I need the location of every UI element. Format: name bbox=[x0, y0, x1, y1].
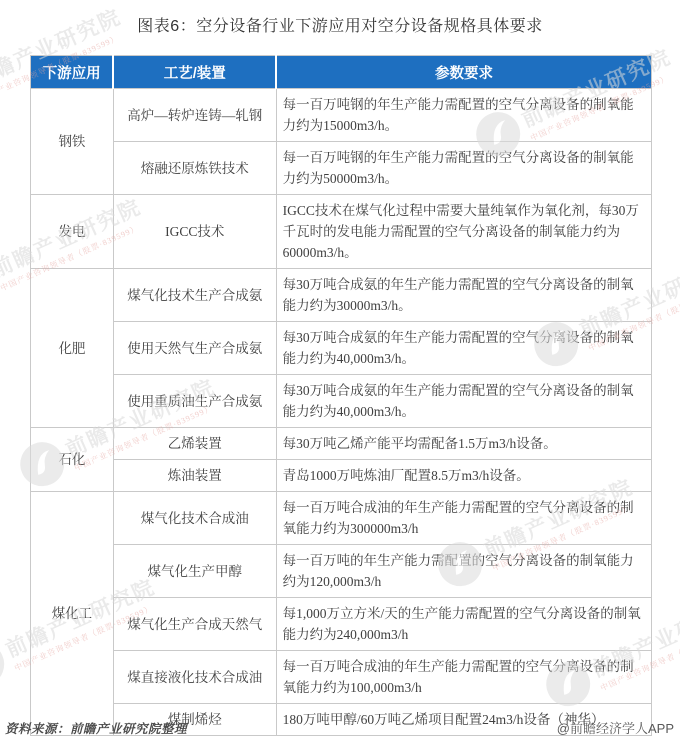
table-row: 使用重质油生产合成氨 每30万吨合成氨的年生产能力需配置的空气分离设备的制氧能力… bbox=[31, 375, 652, 428]
table-row: 煤化工 煤气化技术合成油 每一百万吨合成油的年生产能力需配置的空气分离设备的制氧… bbox=[31, 492, 652, 545]
process-cell: 熔融还原炼铁技术 bbox=[113, 142, 276, 195]
category-petrochemical: 石化 bbox=[31, 428, 114, 492]
table-row: 煤气化生产甲醇 每一百万吨的年生产能力需配置的空气分离设备的制氧能力约为120,… bbox=[31, 545, 652, 598]
table-row: 熔融还原炼铁技术 每一百万吨钢的年生产能力需配置的空气分离设备的制氧能力约为50… bbox=[31, 142, 652, 195]
requirement-cell: 每1,000万立方米/天的生产能力需配置的空气分离设备的制氧能力约为240,00… bbox=[276, 598, 651, 651]
requirement-cell: 青岛1000万吨炼油厂配置8.5万m3/h设备。 bbox=[276, 460, 651, 492]
category-fertilizer: 化肥 bbox=[31, 269, 114, 428]
table-row: 化肥 煤气化技术生产合成氨 每30万吨合成氨的年生产能力需配置的空气分离设备的制… bbox=[31, 269, 652, 322]
process-cell: 煤气化生产合成天然气 bbox=[113, 598, 276, 651]
process-cell: 乙烯装置 bbox=[113, 428, 276, 460]
requirement-cell: 每一百万吨合成油的年生产能力需配置的空气分离设备的制氧能力约为100,000m3… bbox=[276, 651, 651, 704]
source-note: 资料来源：前瞻产业研究院整理 bbox=[5, 719, 187, 737]
table-row: 煤直接液化技术合成油 每一百万吨合成油的年生产能力需配置的空气分离设备的制氧能力… bbox=[31, 651, 652, 704]
requirement-cell: 每30万吨合成氨的年生产能力需配置的空气分离设备的制氧能力约为40,000m3/… bbox=[276, 322, 651, 375]
spec-table-container: 下游应用 工艺/装置 参数要求 钢铁 高炉—转炉连铸—轧钢 每一百万吨钢的年生产… bbox=[30, 55, 652, 736]
requirement-cell: 每一百万吨钢的年生产能力需配置的空气分离设备的制氧能力约为15000m3/h。 bbox=[276, 89, 651, 142]
header-process-equipment: 工艺/装置 bbox=[113, 56, 276, 89]
page-footer: 资料来源：前瞻产业研究院整理 @前瞻经济学人APP bbox=[0, 718, 680, 737]
table-row: 发电 IGCC技术 IGCC技术在煤气化过程中需要大量纯氧作为氧化剂，每30万千… bbox=[31, 195, 652, 269]
requirement-cell: 每30万吨合成氨的年生产能力需配置的空气分离设备的制氧能力约为30000m3/h… bbox=[276, 269, 651, 322]
spec-table: 下游应用 工艺/装置 参数要求 钢铁 高炉—转炉连铸—轧钢 每一百万吨钢的年生产… bbox=[30, 55, 652, 736]
category-coal-chemical: 煤化工 bbox=[31, 492, 114, 736]
process-cell: 高炉—转炉连铸—轧钢 bbox=[113, 89, 276, 142]
header-downstream-application: 下游应用 bbox=[31, 56, 114, 89]
process-cell: IGCC技术 bbox=[113, 195, 276, 269]
requirement-cell: 每一百万吨合成油的年生产能力需配置的空气分离设备的制氧能力约为300000m3/… bbox=[276, 492, 651, 545]
table-row: 炼油装置 青岛1000万吨炼油厂配置8.5万m3/h设备。 bbox=[31, 460, 652, 492]
requirement-cell: 每一百万吨的年生产能力需配置的空气分离设备的制氧能力约为120,000m3/h bbox=[276, 545, 651, 598]
category-power: 发电 bbox=[31, 195, 114, 269]
requirement-cell: 每30万吨乙烯产能平均需配备1.5万m3/h设备。 bbox=[276, 428, 651, 460]
requirement-cell: 每一百万吨钢的年生产能力需配置的空气分离设备的制氧能力约为50000m3/h。 bbox=[276, 142, 651, 195]
credit-note: @前瞻经济学人APP bbox=[557, 718, 674, 737]
process-cell: 煤气化生产甲醇 bbox=[113, 545, 276, 598]
requirement-cell: 每30万吨合成氨的年生产能力需配置的空气分离设备的制氧能力约为40,000m3/… bbox=[276, 375, 651, 428]
category-steel: 钢铁 bbox=[31, 89, 114, 195]
table-row: 使用天然气生产合成氨 每30万吨合成氨的年生产能力需配置的空气分离设备的制氧能力… bbox=[31, 322, 652, 375]
process-cell: 使用重质油生产合成氨 bbox=[113, 375, 276, 428]
process-cell: 煤气化技术生产合成氨 bbox=[113, 269, 276, 322]
header-parameter-requirement: 参数要求 bbox=[276, 56, 651, 89]
requirement-cell: IGCC技术在煤气化过程中需要大量纯氧作为氧化剂，每30万千瓦时的发电能力需配置… bbox=[276, 195, 651, 269]
page-title: 图表6：空分设备行业下游应用对空分设备规格具体要求 bbox=[0, 0, 680, 36]
qianzhan-logo-icon bbox=[0, 635, 13, 698]
table-row: 煤气化生产合成天然气 每1,000万立方米/天的生产能力需配置的空气分离设备的制… bbox=[31, 598, 652, 651]
table-row: 石化 乙烯装置 每30万吨乙烯产能平均需配备1.5万m3/h设备。 bbox=[31, 428, 652, 460]
process-cell: 使用天然气生产合成氨 bbox=[113, 322, 276, 375]
process-cell: 煤气化技术合成油 bbox=[113, 492, 276, 545]
process-cell: 煤直接液化技术合成油 bbox=[113, 651, 276, 704]
process-cell: 炼油装置 bbox=[113, 460, 276, 492]
header-row: 下游应用 工艺/装置 参数要求 bbox=[31, 56, 652, 89]
table-row: 钢铁 高炉—转炉连铸—轧钢 每一百万吨钢的年生产能力需配置的空气分离设备的制氧能… bbox=[31, 89, 652, 142]
table-header: 下游应用 工艺/装置 参数要求 bbox=[31, 56, 652, 89]
